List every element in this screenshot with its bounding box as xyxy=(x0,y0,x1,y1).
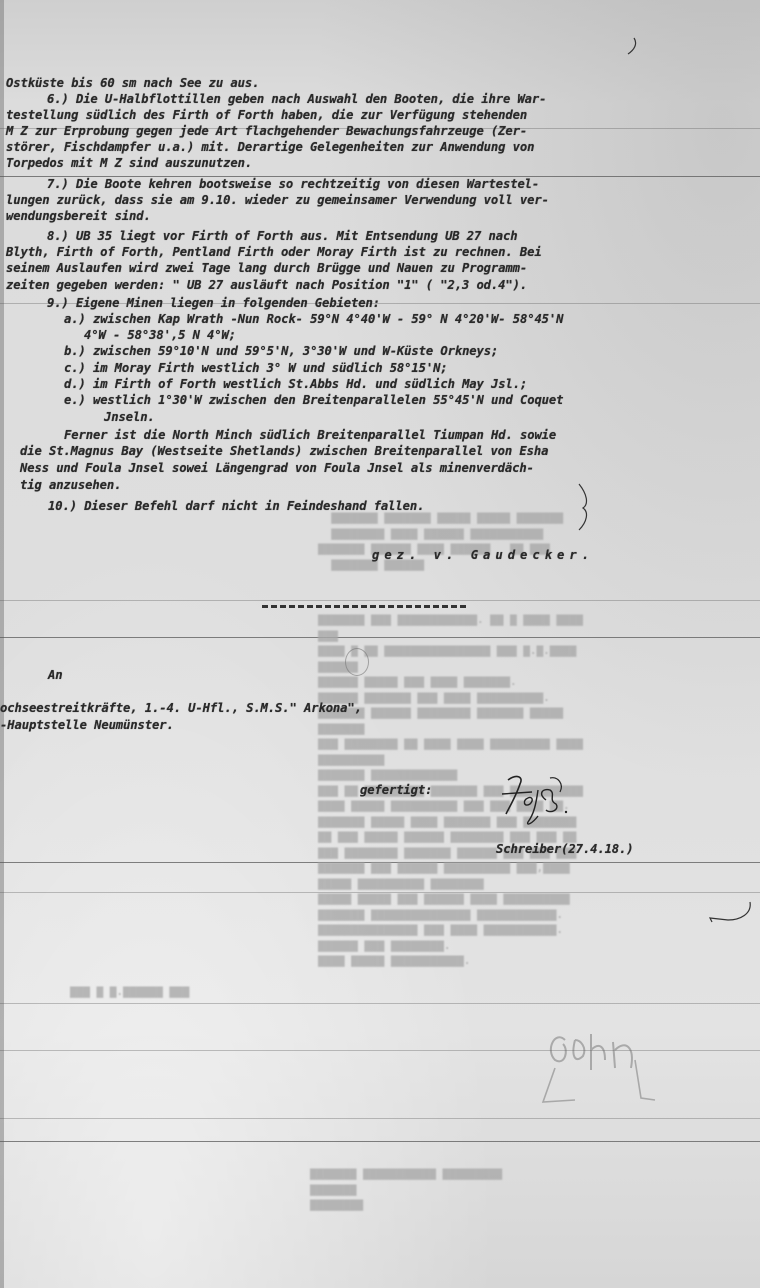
text-line: störer, Fischdampfer u.a.) mit. Derartig… xyxy=(6,140,534,155)
scan-line xyxy=(0,1118,760,1119)
faint-handwriting-icon xyxy=(535,1020,665,1110)
text-line: Ostküste bis 60 sm nach See zu aus. xyxy=(6,76,259,91)
text-line: 4°W - 58°38',5 N 4°W; xyxy=(84,328,236,343)
pencil-mark-icon xyxy=(626,36,640,58)
pencil-mark-icon xyxy=(706,900,756,926)
text-line: lungen zurück, dass sie am 9.10. wieder … xyxy=(6,193,549,208)
text-line: die St.Magnus Bay (Westseite Shetlands) … xyxy=(20,444,548,459)
text-line: Jnseln. xyxy=(104,410,155,425)
text-line: zeiten gegeben werden: " UB 27 ausläuft … xyxy=(6,278,527,293)
scan-line xyxy=(0,1003,760,1004)
text-line: Blyth, Firth of Forth, Pentland Firth od… xyxy=(6,245,542,260)
text-line: d.) im Firth of Forth westlich St.Abbs H… xyxy=(64,377,527,392)
text-line: Ferner ist die North Minch südlich Breit… xyxy=(64,428,556,443)
page-edge xyxy=(0,0,4,1288)
stamp-ring xyxy=(345,648,369,676)
addressee-line: -Hauptstelle Neumünster. xyxy=(0,718,174,733)
text-line: 6.) Die U-Halbflottillen geben nach Ausw… xyxy=(47,92,546,107)
text-line: testellung südlich des Firth of Forth ha… xyxy=(6,108,527,123)
scan-line xyxy=(0,1141,760,1142)
text-line: 9.) Eigene Minen liegen in folgenden Geb… xyxy=(47,296,380,311)
text-line: M Z zur Erprobung gegen jede Art flachge… xyxy=(6,124,527,139)
text-line: tig anzusehen. xyxy=(20,478,121,493)
text-line: 8.) UB 35 liegt vor Firth of Forth aus. … xyxy=(47,229,517,244)
text-line: seinem Auslaufen wird zwei Tage lang dur… xyxy=(6,261,527,276)
addressee-line: ochseestreitkräfte, 1.-4. U-Hfl., S.M.S.… xyxy=(0,701,362,716)
text-line: Torpedos mit M Z sind auszunutzen. xyxy=(6,156,252,171)
prepared-label: gefertigt: xyxy=(360,783,432,798)
text-line: e.) westlich 1°30'W zwischen den Breiten… xyxy=(64,393,563,408)
text-line: 7.) Die Boote kehren bootsweise so recht… xyxy=(47,177,539,192)
brace-mark-icon xyxy=(575,482,595,532)
text-line: b.) zwischen 59°10'N und 59°5'N, 3°30'W … xyxy=(64,344,498,359)
text-line: 10.) Dieser Befehl darf nicht in Feindes… xyxy=(48,499,424,514)
text-line: c.) im Moray Firth westlich 3° W und süd… xyxy=(64,361,448,376)
bleed-through-text: ▇▇▇▇▇▇▇ ▇▇▇▇▇▇▇▇▇▇▇ ▇▇▇▇▇▇▇▇▇ ▇▇▇▇▇▇▇ ▇▇… xyxy=(310,1166,502,1213)
handwritten-initials-icon xyxy=(498,770,578,830)
scan-line xyxy=(0,600,760,601)
text-line: Ness und Foula Jnsel sowei Längengrad vo… xyxy=(20,461,534,476)
text-line: wendungsbereit sind. xyxy=(6,209,151,224)
text-line: a.) zwischen Kap Wrath -Nun Rock- 59°N 4… xyxy=(64,312,563,327)
addressee-label: An xyxy=(48,668,62,683)
bleed-through-text: ▇▇▇ ▇ ▇.▇▇▇▇▇▇ ▇▇▇ xyxy=(70,984,189,1000)
signature-line: gez. v. Gaudecker. xyxy=(372,548,594,563)
separator-dashes xyxy=(262,605,466,611)
clerk-line: Schreiber(27.4.18.) xyxy=(496,842,634,857)
